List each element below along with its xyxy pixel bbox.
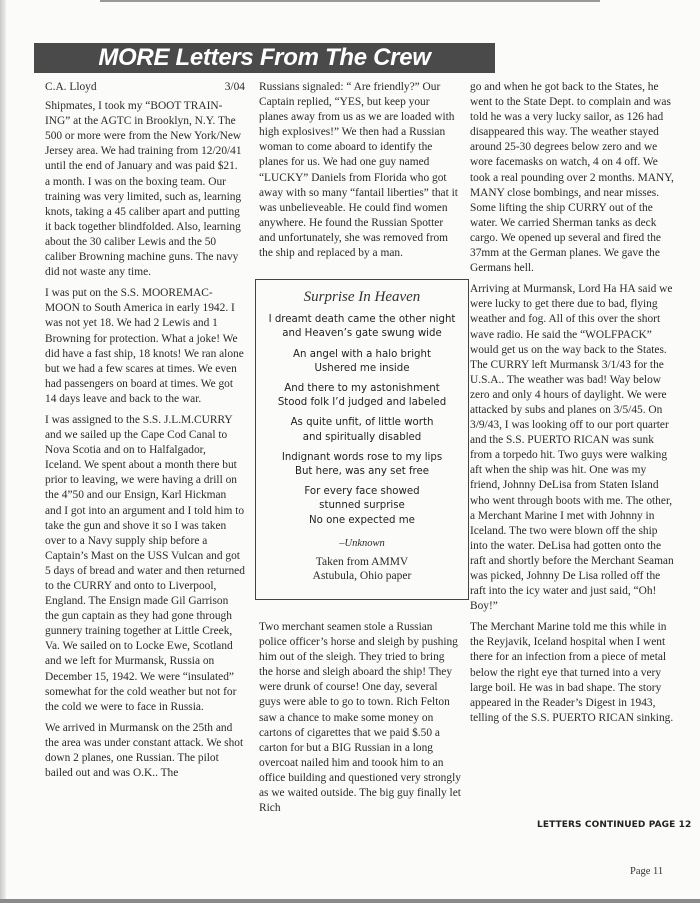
poem-source: Taken from AMMV Astubula, Ohio paper	[262, 555, 462, 583]
poem-stanza: For every face showed stunned surprise N…	[262, 485, 462, 528]
poem-line: Indignant words rose to my lips	[262, 451, 462, 465]
poem-author: –Unknown	[262, 536, 462, 551]
poem-stanza: Indignant words rose to my lips But here…	[262, 451, 462, 479]
poem-line: And there to my astonishment	[262, 382, 462, 396]
letter-date: 3/04	[225, 80, 245, 95]
poem-line: An angel with a halo bright	[262, 348, 462, 362]
poem-line: and Heaven’s gate swung wide	[262, 327, 462, 341]
poem-source-line: Astubula, Ohio paper	[262, 569, 462, 583]
paragraph: Arriving at Murmansk, Lord Ha HA said we…	[470, 282, 674, 614]
paragraph: Shipmates, I took my “BOOT TRAIN-ING” at…	[45, 99, 245, 280]
paragraph: I was assigned to the S.S. J.L.M.CURRY a…	[45, 413, 245, 715]
paragraph: We arrived in Murmansk on the 25th and t…	[45, 721, 245, 781]
poem-line: stunned surprise	[262, 499, 462, 513]
poem-title: Surprise In Heaven	[262, 290, 462, 305]
paragraph: Two merchant seamen stole a Russian poli…	[259, 620, 461, 816]
letter-author: C.A. Lloyd	[45, 80, 97, 95]
letter-byline: C.A. Lloyd 3/04	[45, 80, 245, 95]
poem-source-line: Taken from AMMV	[262, 555, 462, 569]
paragraph: The Merchant Marine told me this while i…	[470, 620, 674, 726]
page-bottom-edge	[0, 899, 700, 903]
continued-note: LETTERS CONTINUED PAGE 12	[537, 820, 691, 830]
poem-line: and spiritually disabled	[262, 431, 462, 445]
page-number: Page 11	[630, 866, 663, 877]
column-2: Russians signaled: “ Are friendly?” Our …	[259, 80, 461, 822]
column-3: go and when he got back to the States, h…	[470, 80, 674, 732]
poem-line: For every face showed	[262, 485, 462, 499]
poem-line: But here, was any set free	[262, 465, 462, 479]
poem-line: Ushered me inside	[262, 362, 462, 376]
poem-line: Stood folk I’d judged and labeled	[262, 396, 462, 410]
poem-box: Surprise In Heaven I dreamt death came t…	[255, 279, 469, 600]
poem-line: No one expected me	[262, 514, 462, 528]
paragraph: I was put on the S.S. MOOREMAC-MOON to S…	[45, 286, 245, 407]
column-1: C.A. Lloyd 3/04 Shipmates, I took my “BO…	[45, 80, 245, 787]
paragraph: go and when he got back to the States, h…	[470, 80, 674, 276]
poem-stanza: I dreamt death came the other night and …	[262, 313, 462, 341]
poem-stanza: And there to my astonishment Stood folk …	[262, 382, 462, 410]
poem-stanza: As quite unfit, of little worth and spir…	[262, 416, 462, 444]
page-top-edge	[100, 0, 600, 2]
page-left-edge	[0, 0, 6, 903]
paragraph: Russians signaled: “ Are friendly?” Our …	[259, 80, 461, 261]
poem-line: As quite unfit, of little worth	[262, 416, 462, 430]
page-title-banner: MORE Letters From The Crew	[34, 43, 495, 73]
poem-stanza: An angel with a halo bright Ushered me i…	[262, 348, 462, 376]
poem-line: I dreamt death came the other night	[262, 313, 462, 327]
